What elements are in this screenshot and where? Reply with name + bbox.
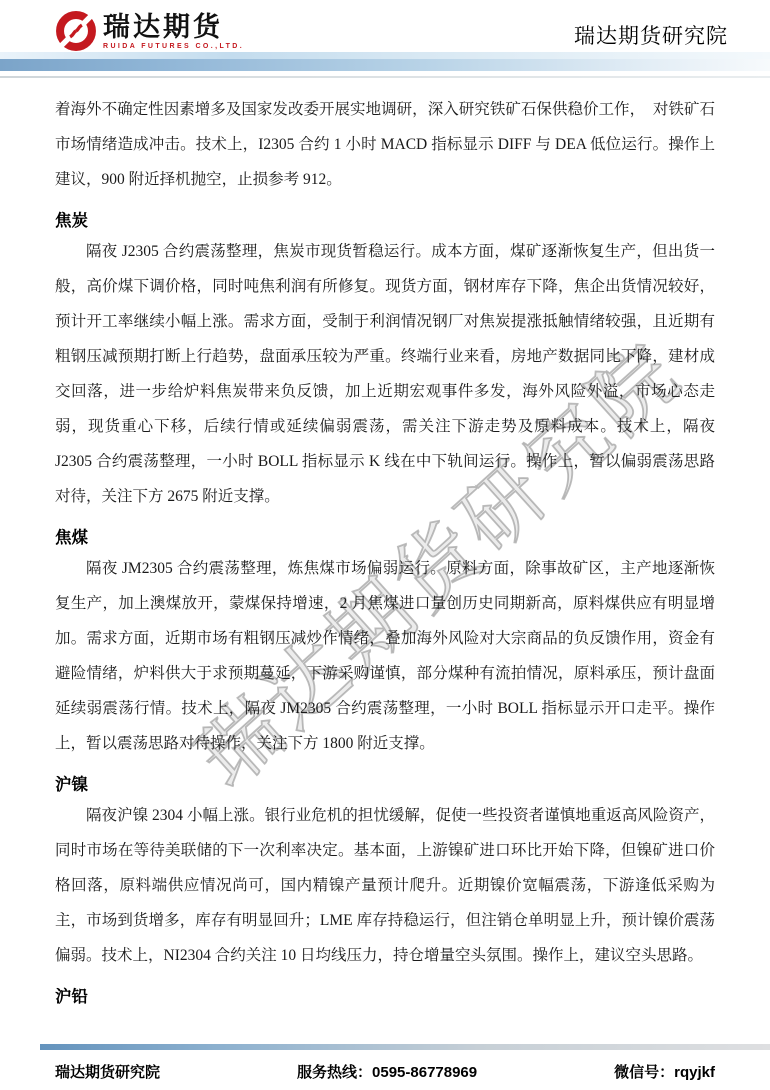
section-heading-coking-coal: 焦煤 [55, 527, 715, 549]
footer-row: 瑞达期货研究院 服务热线：0595-86778969 微信号：rqyjkf [55, 1061, 715, 1082]
footer-rule [40, 1044, 770, 1050]
header-hairline [0, 76, 770, 78]
section-heading-lead: 沪铅 [55, 986, 715, 1008]
page-header: 瑞达期货 RUIDA FUTURES CO.,LTD. 瑞达期货研究院 [0, 0, 770, 52]
company-logo: 瑞达期货 RUIDA FUTURES CO.,LTD. [55, 10, 244, 52]
page-footer: 瑞达期货研究院 服务热线：0595-86778969 微信号：rqyjkf [0, 1044, 770, 1090]
logo-subtitle: RUIDA FUTURES CO.,LTD. [103, 43, 244, 50]
report-body: 着海外不确定性因素增多及国家发改委开展实地调研，深入研究铁矿石保供稳价工作， 对… [55, 92, 715, 1008]
section-paragraph-coking-coal: 隔夜 JM2305 合约震荡整理，炼焦煤市场偏弱运行。原料方面，除事故矿区，主产… [55, 551, 715, 761]
section-paragraph-nickel: 隔夜沪镍 2304 小幅上涨。银行业危机的担忧缓解，促使一些投资者谨慎地重返高风… [55, 798, 715, 973]
section-heading-nickel: 沪镍 [55, 774, 715, 796]
section-heading-coke: 焦炭 [55, 210, 715, 232]
logo-title: 瑞达期货 [103, 12, 244, 42]
footer-wechat: 微信号：rqyjkf [614, 1061, 715, 1082]
section-paragraph-coke: 隔夜 J2305 合约震荡整理，焦炭市现货暂稳运行。成本方面，煤矿逐渐恢复生产，… [55, 234, 715, 514]
institute-title: 瑞达期货研究院 [574, 20, 728, 52]
logo-text: 瑞达期货 RUIDA FUTURES CO.,LTD. [103, 12, 244, 50]
footer-institute: 瑞达期货研究院 [55, 1061, 160, 1082]
header-rule-top [0, 52, 770, 59]
ruida-logo-icon [55, 10, 97, 52]
footer-hotline: 服务热线：0595-86778969 [297, 1061, 477, 1082]
intro-paragraph: 着海外不确定性因素增多及国家发改委开展实地调研，深入研究铁矿石保供稳价工作， 对… [55, 92, 715, 197]
header-rule-main [0, 59, 770, 71]
